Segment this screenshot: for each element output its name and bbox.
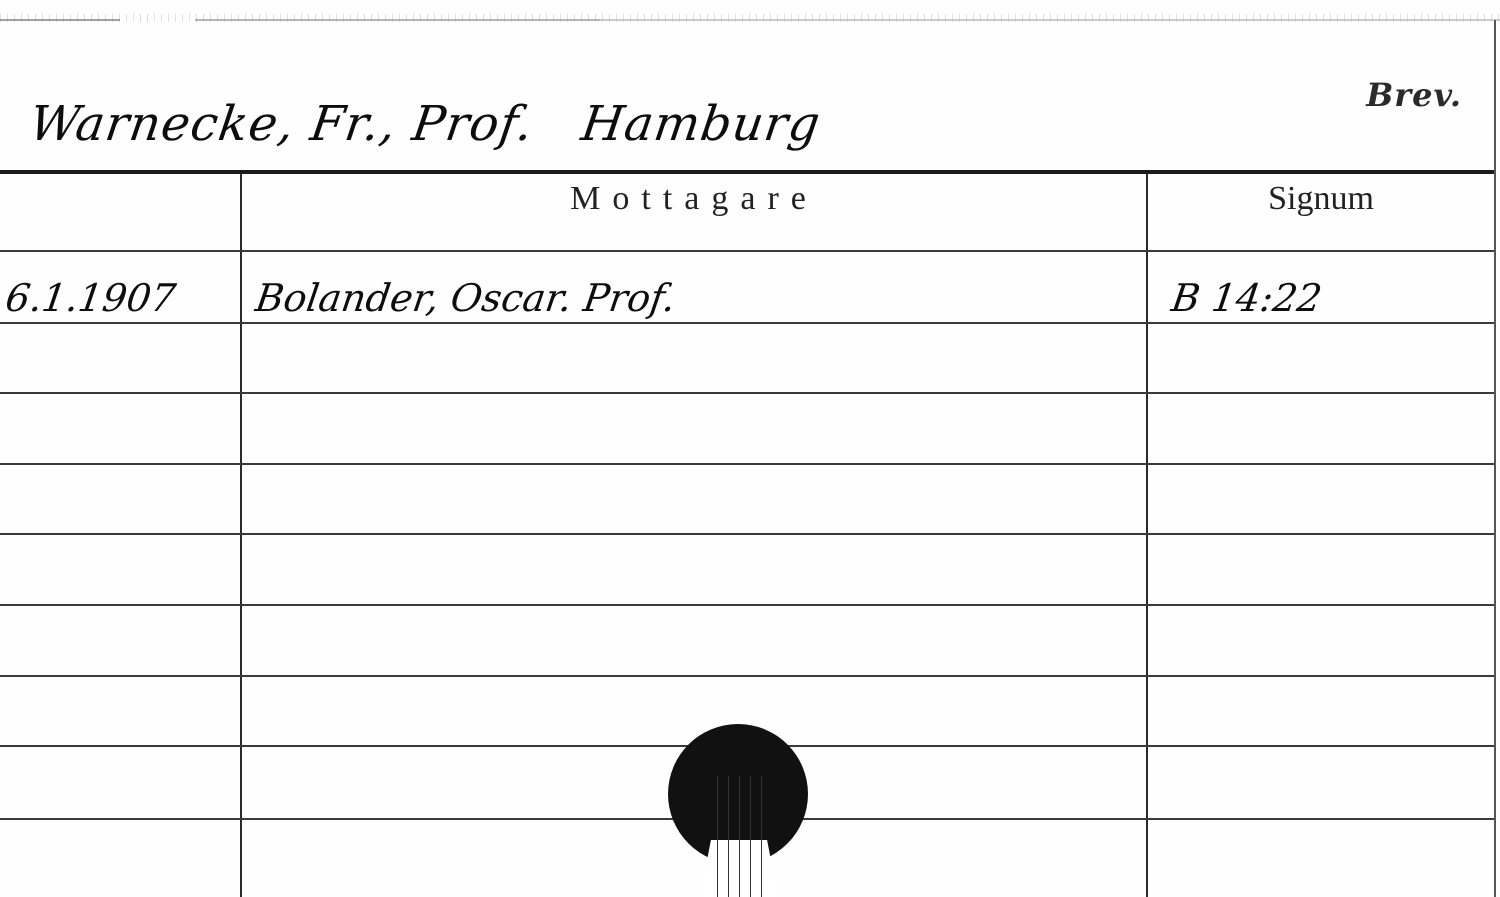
punch-hole-scan-streaks bbox=[712, 776, 766, 897]
row-rule bbox=[0, 533, 1494, 535]
card-type-label: Brev. bbox=[1366, 76, 1462, 114]
row-1-signum: B 14:22 bbox=[1169, 276, 1325, 320]
card-right-border bbox=[1494, 20, 1496, 897]
row-rule bbox=[0, 392, 1494, 394]
row-rule bbox=[0, 322, 1494, 324]
row-rule bbox=[0, 604, 1494, 606]
row-1-recipient: Bolander, Oscar. Prof. bbox=[253, 276, 678, 320]
card-heading-handwritten: Warnecke, Fr., Prof. Hamburg bbox=[26, 96, 824, 152]
header-rule bbox=[0, 170, 1494, 174]
column-divider-signum bbox=[1146, 174, 1148, 897]
row-rule bbox=[0, 675, 1494, 677]
scan-edge-line bbox=[0, 19, 1500, 21]
column-divider-date bbox=[240, 174, 242, 897]
index-card: Brev. Warnecke, Fr., Prof. Hamburg Motta… bbox=[0, 0, 1500, 897]
row-rule bbox=[0, 463, 1494, 465]
row-1-date: 6.1.1907 bbox=[3, 276, 178, 320]
column-header-signum: Signum bbox=[1148, 180, 1494, 218]
column-header-recipient: Mottagare bbox=[242, 180, 1146, 218]
row-rule bbox=[0, 250, 1494, 252]
